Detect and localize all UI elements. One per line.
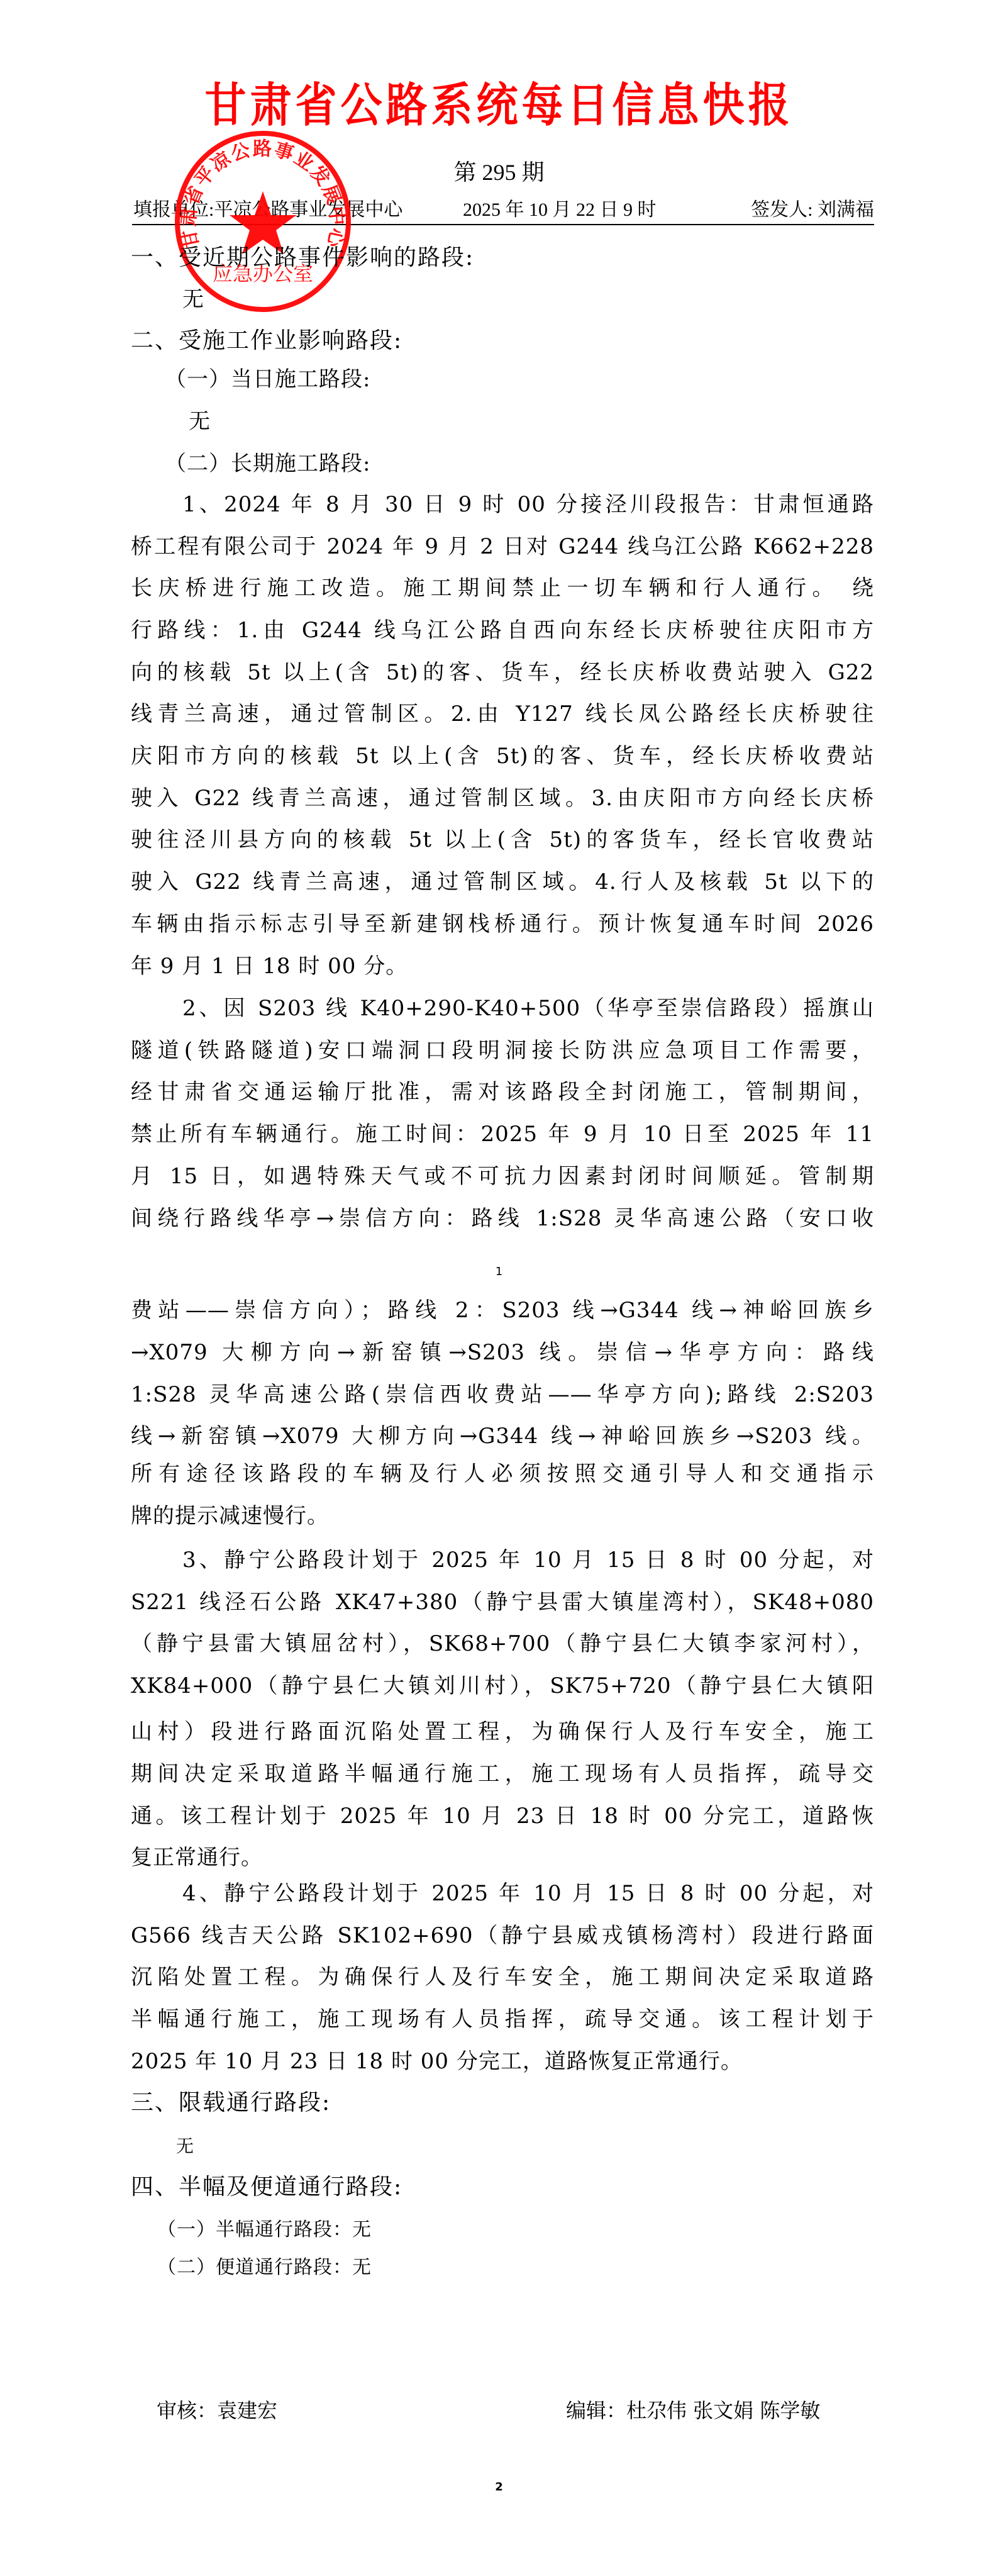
paragraph-line: 向的核载 5t 以上(含 5t)的客、货车，经长庆桥收费站驶入 G22 [131, 660, 874, 685]
paragraph-line: 线→新窑镇→X079 大柳方向→G344 线→神峪回族乡→S203 线。 [131, 1424, 874, 1449]
paragraph-line: 驶入 G22 线青兰高速，通过管制区域。4.行人及核载 5t 以下的 [131, 869, 874, 895]
paragraph-line: 4、静宁公路段计划于 2025 年 10 月 15 日 8 时 00 分起，对 [182, 1881, 874, 1906]
section-2-sub1-heading: （一）当日施工路段: [165, 367, 908, 392]
paragraph-line: 2025 年 10 月 23 日 18 时 00 分完工，道路恢复正常通行。 [131, 2049, 874, 2074]
paragraph-line: 隧道(铁路隧道)安口端洞口段明洞接长防洪应急项目工作需要， [131, 1038, 874, 1063]
editors: 编辑：杜尕伟 张文娟 陈学敏 [566, 2398, 820, 2423]
paragraph-line: 1:S28 灵华高速公路(崇信西收费站——华亭方向);路线 2:S203 [131, 1382, 874, 1407]
paragraph-line: 长庆桥进行施工改造。施工期间禁止一切车辆和行人通行。 绕 [131, 576, 874, 601]
paragraph-line: 所有途径该路段的车辆及行人必须按照交通引导人和交通指示 [131, 1461, 874, 1486]
paragraph-line: 复正常通行。 [131, 1845, 874, 1870]
section-2-heading: 二、受施工作业影响路段: [131, 328, 874, 354]
paragraph-line: 间绕行路线华亭→崇信方向：路线 1:S28 灵华高速公路（安口收 [131, 1206, 874, 1231]
paragraph-line: 月 15 日，如遇特殊天气或不可抗力因素封闭时间顺延。管制期 [131, 1164, 874, 1189]
paragraph-line: 通。该工程计划于 2025 年 10 月 23 日 18 时 00 分完工，道路… [131, 1804, 874, 1829]
paragraph-line: 山村）段进行路面沉陷处置工程，为确保行人及行车安全，施工 [131, 1719, 874, 1744]
paragraph-line: 年 9 月 1 日 18 时 00 分。 [131, 954, 874, 979]
paragraph-line: 桥工程有限公司于 2024 年 9 月 2 日对 G244 线乌江公路 K662… [131, 534, 874, 559]
report-datetime: 2025 年 10 月 22 日 9 时 [463, 199, 657, 221]
section-2-sub1-content: 无 [189, 409, 932, 434]
issuer: 签发人: 刘满福 [751, 199, 874, 221]
section-3-content: 无 [176, 2134, 919, 2159]
paragraph-line: （静宁县雷大镇屈岔村），SK68+700（静宁县仁大镇李家河村）， [131, 1631, 874, 1656]
paragraph-line: 2、因 S203 线 K40+290-K40+500（华亭至崇信路段）摇旗山 [182, 996, 874, 1021]
document-title: 甘肃省公路系统每日信息快报 [0, 77, 998, 134]
section-2-sub2-heading: （二）长期施工路段: [165, 451, 908, 476]
paragraph-line: 期间决定采取道路半幅通行施工，施工现场有人员指挥，疏导交 [131, 1761, 874, 1787]
reviewer: 审核：袁建宏 [157, 2398, 277, 2423]
seal-ring-text: 甘肃省平凉公路事业发展中心 [177, 138, 348, 250]
paragraph-line: 沉陷处置工程。为确保行人及行车安全，施工期间决定采取道路 [131, 1965, 874, 1990]
header-meta-row: 填报单位:平凉公路事业发展中心 2025 年 10 月 22 日 9 时 签发人… [132, 199, 874, 225]
paragraph-line: 车辆由指示标志引导至新建钢栈桥通行。预计恢复通车时间 2026 [131, 912, 874, 937]
section-1-heading: 一、受近期公路事件影响的路段: [131, 245, 874, 270]
paragraph-line: S221 线泾石公路 XK47+380（静宁县雷大镇崖湾村），SK48+080 [131, 1590, 874, 1615]
paragraph-line: G566 线吉天公路 SK102+690（静宁县威戎镇杨湾村）段进行路面 [131, 1923, 874, 1948]
paragraph-line: 驶入 G22 线青兰高速，通过管制区域。3.由庆阳市方向经长庆桥 [131, 786, 874, 811]
paragraph-line: 半幅通行施工，施工现场有人员指挥，疏导交通。该工程计划于 [131, 2007, 874, 2032]
paragraph-line: 禁止所有车辆通行。施工时间：2025 年 9 月 10 日至 2025 年 11 [131, 1122, 874, 1147]
section-3-heading: 三、限载通行路段: [131, 2090, 874, 2116]
paragraph-line: XK84+000（静宁县仁大镇刘川村），SK75+720（静宁县仁大镇阳 [131, 1673, 874, 1698]
svg-text:甘肃省平凉公路事业发展中心: 甘肃省平凉公路事业发展中心 [177, 138, 348, 250]
page-number: 1 [0, 1266, 998, 1278]
section-4-heading: 四、半幅及便道通行路段: [131, 2175, 874, 2200]
paragraph-line: 驶往泾川县方向的核载 5t 以上(含 5t)的客货车，经长官收费站 [131, 827, 874, 852]
paragraph-line: 牌的提示减速慢行。 [131, 1503, 874, 1529]
reporting-unit: 填报单位:平凉公路事业发展中心 [133, 199, 402, 221]
paragraph-line: 费站——崇信方向）；路线 2：S203 线→G344 线→神峪回族乡 [131, 1298, 874, 1323]
paragraph-line: →X079 大柳方向→新窑镇→S203 线。崇信→华亭方向：路线 [131, 1340, 874, 1365]
issue-number: 第 295 期 [0, 160, 998, 185]
paragraph-line: 3、静宁公路段计划于 2025 年 10 月 15 日 8 时 00 分起，对 [182, 1547, 874, 1573]
paragraph-line: 线青兰高速，通过管制区。2.由 Y127 线长凤公路经长庆桥驶往 [131, 701, 874, 727]
paragraph-line: 庆阳市方向的核载 5t 以上(含 5t)的客、货车，经长庆桥收费站 [131, 744, 874, 769]
paragraph-line: 经甘肃省交通运输厅批准，需对该路段全封闭施工，管制期间， [131, 1079, 874, 1105]
paragraph-line: 行路线：1.由 G244 线乌江公路自西向东经长庆桥驶往庆阳市方 [131, 618, 874, 643]
section-4-sub1: （一）半幅通行路段：无 [157, 2217, 901, 2243]
section-4-sub2: （二）便道通行路段：无 [157, 2255, 901, 2280]
section-1-content: 无 [182, 287, 926, 312]
paragraph-line: 1、2024 年 8 月 30 日 9 时 00 分接泾川段报告：甘肃恒通路 [182, 492, 874, 517]
page-number: 2 [0, 2481, 998, 2494]
